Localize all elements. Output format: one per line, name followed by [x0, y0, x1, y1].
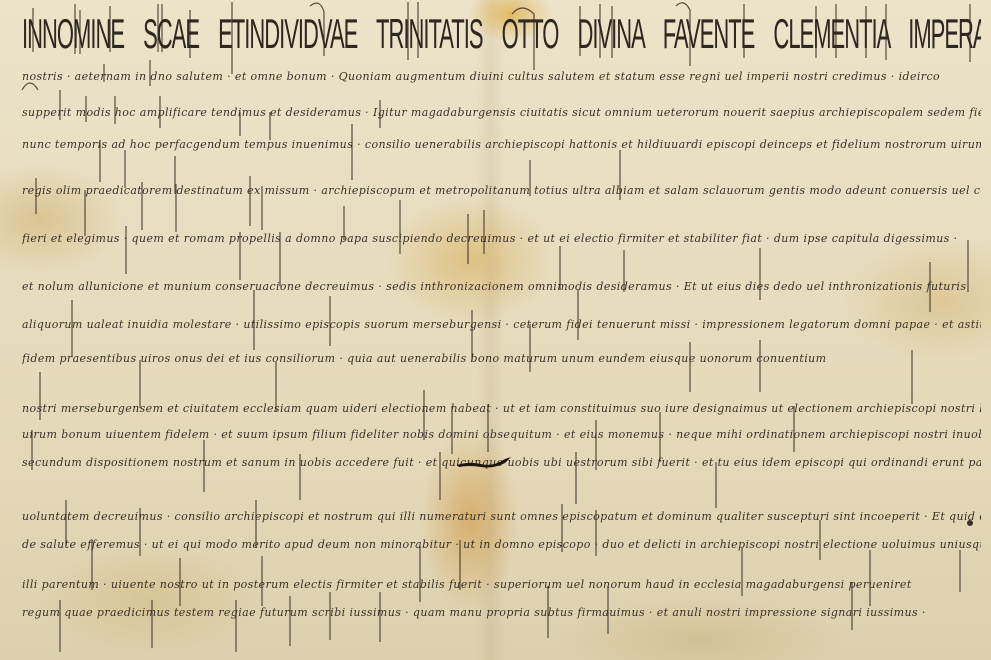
- parchment-charter: INNOMINE SCAE ETINDIVIDVAE TRINITATIS OT…: [0, 0, 991, 660]
- charter-title-line: INNOMINE SCAE ETINDIVIDVAE TRINITATIS OT…: [22, 10, 981, 59]
- charter-line-15: regum quae praedicimus testem regiae fut…: [22, 606, 981, 619]
- charter-line-3: nunc temporis ad hoc perfacgendum tempus…: [22, 138, 981, 151]
- charter-line-8: fidem praesentibus uiros onus dei et ius…: [22, 352, 981, 365]
- charter-line-1: nostris · aeternam in dno salutem · et o…: [22, 70, 981, 83]
- charter-line-10: uirum bonum uiuentem fidelem · et suum i…: [22, 428, 981, 441]
- charter-line-7: aliquorum ualeat inuidia molestare · uti…: [22, 318, 981, 331]
- charter-line-9: nostri merseburgensem et ciuitatem eccle…: [22, 402, 981, 415]
- ink-dot: [967, 520, 973, 526]
- charter-line-13: de salute efferemus · ut ei qui modo mer…: [22, 538, 981, 551]
- charter-line-14: illi parentum · uiuente nostro ut in pos…: [22, 578, 981, 591]
- charter-line-5: fieri et elegimus · quem et romam propel…: [22, 232, 981, 245]
- charter-line-6: et nolum allunicione et munium conseruac…: [22, 280, 981, 293]
- charter-line-12: uoluntatem decreuimus · consilio archiep…: [22, 510, 981, 523]
- charter-line-4: regis olim praedicatorem destinatum ex m…: [22, 184, 981, 197]
- charter-line-2: supperit modis hoc amplificare tendimus …: [22, 106, 981, 119]
- parchment-tear: [455, 455, 515, 471]
